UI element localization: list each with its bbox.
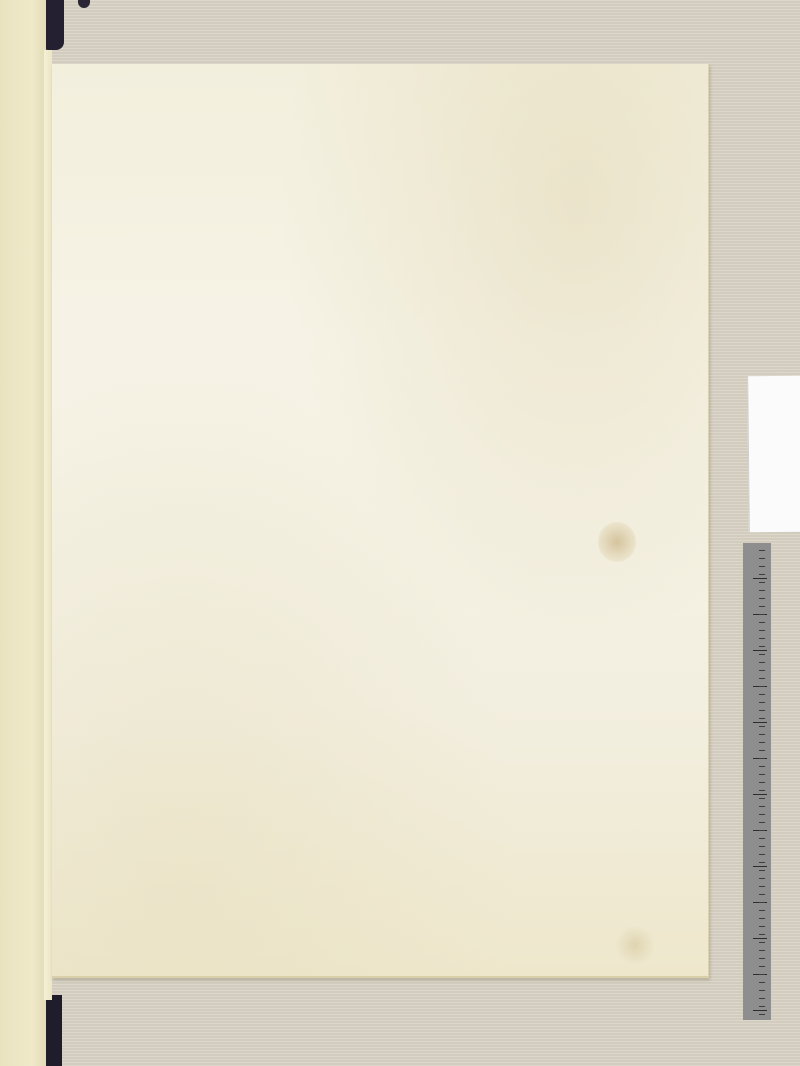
manuscript-folio [52, 64, 709, 978]
gray-scale-patches [752, 110, 800, 380]
gray-patch [752, 215, 800, 319]
stain-lower [615, 925, 655, 965]
white-patch [752, 110, 800, 215]
inch-ruler [743, 543, 771, 1020]
color-calibration-bar [771, 543, 800, 1020]
facing-leaf-edge [44, 50, 52, 1000]
facing-leaf [0, 0, 46, 1066]
stain [598, 522, 636, 562]
black-patch [752, 319, 800, 380]
folio-label-card [747, 376, 800, 533]
